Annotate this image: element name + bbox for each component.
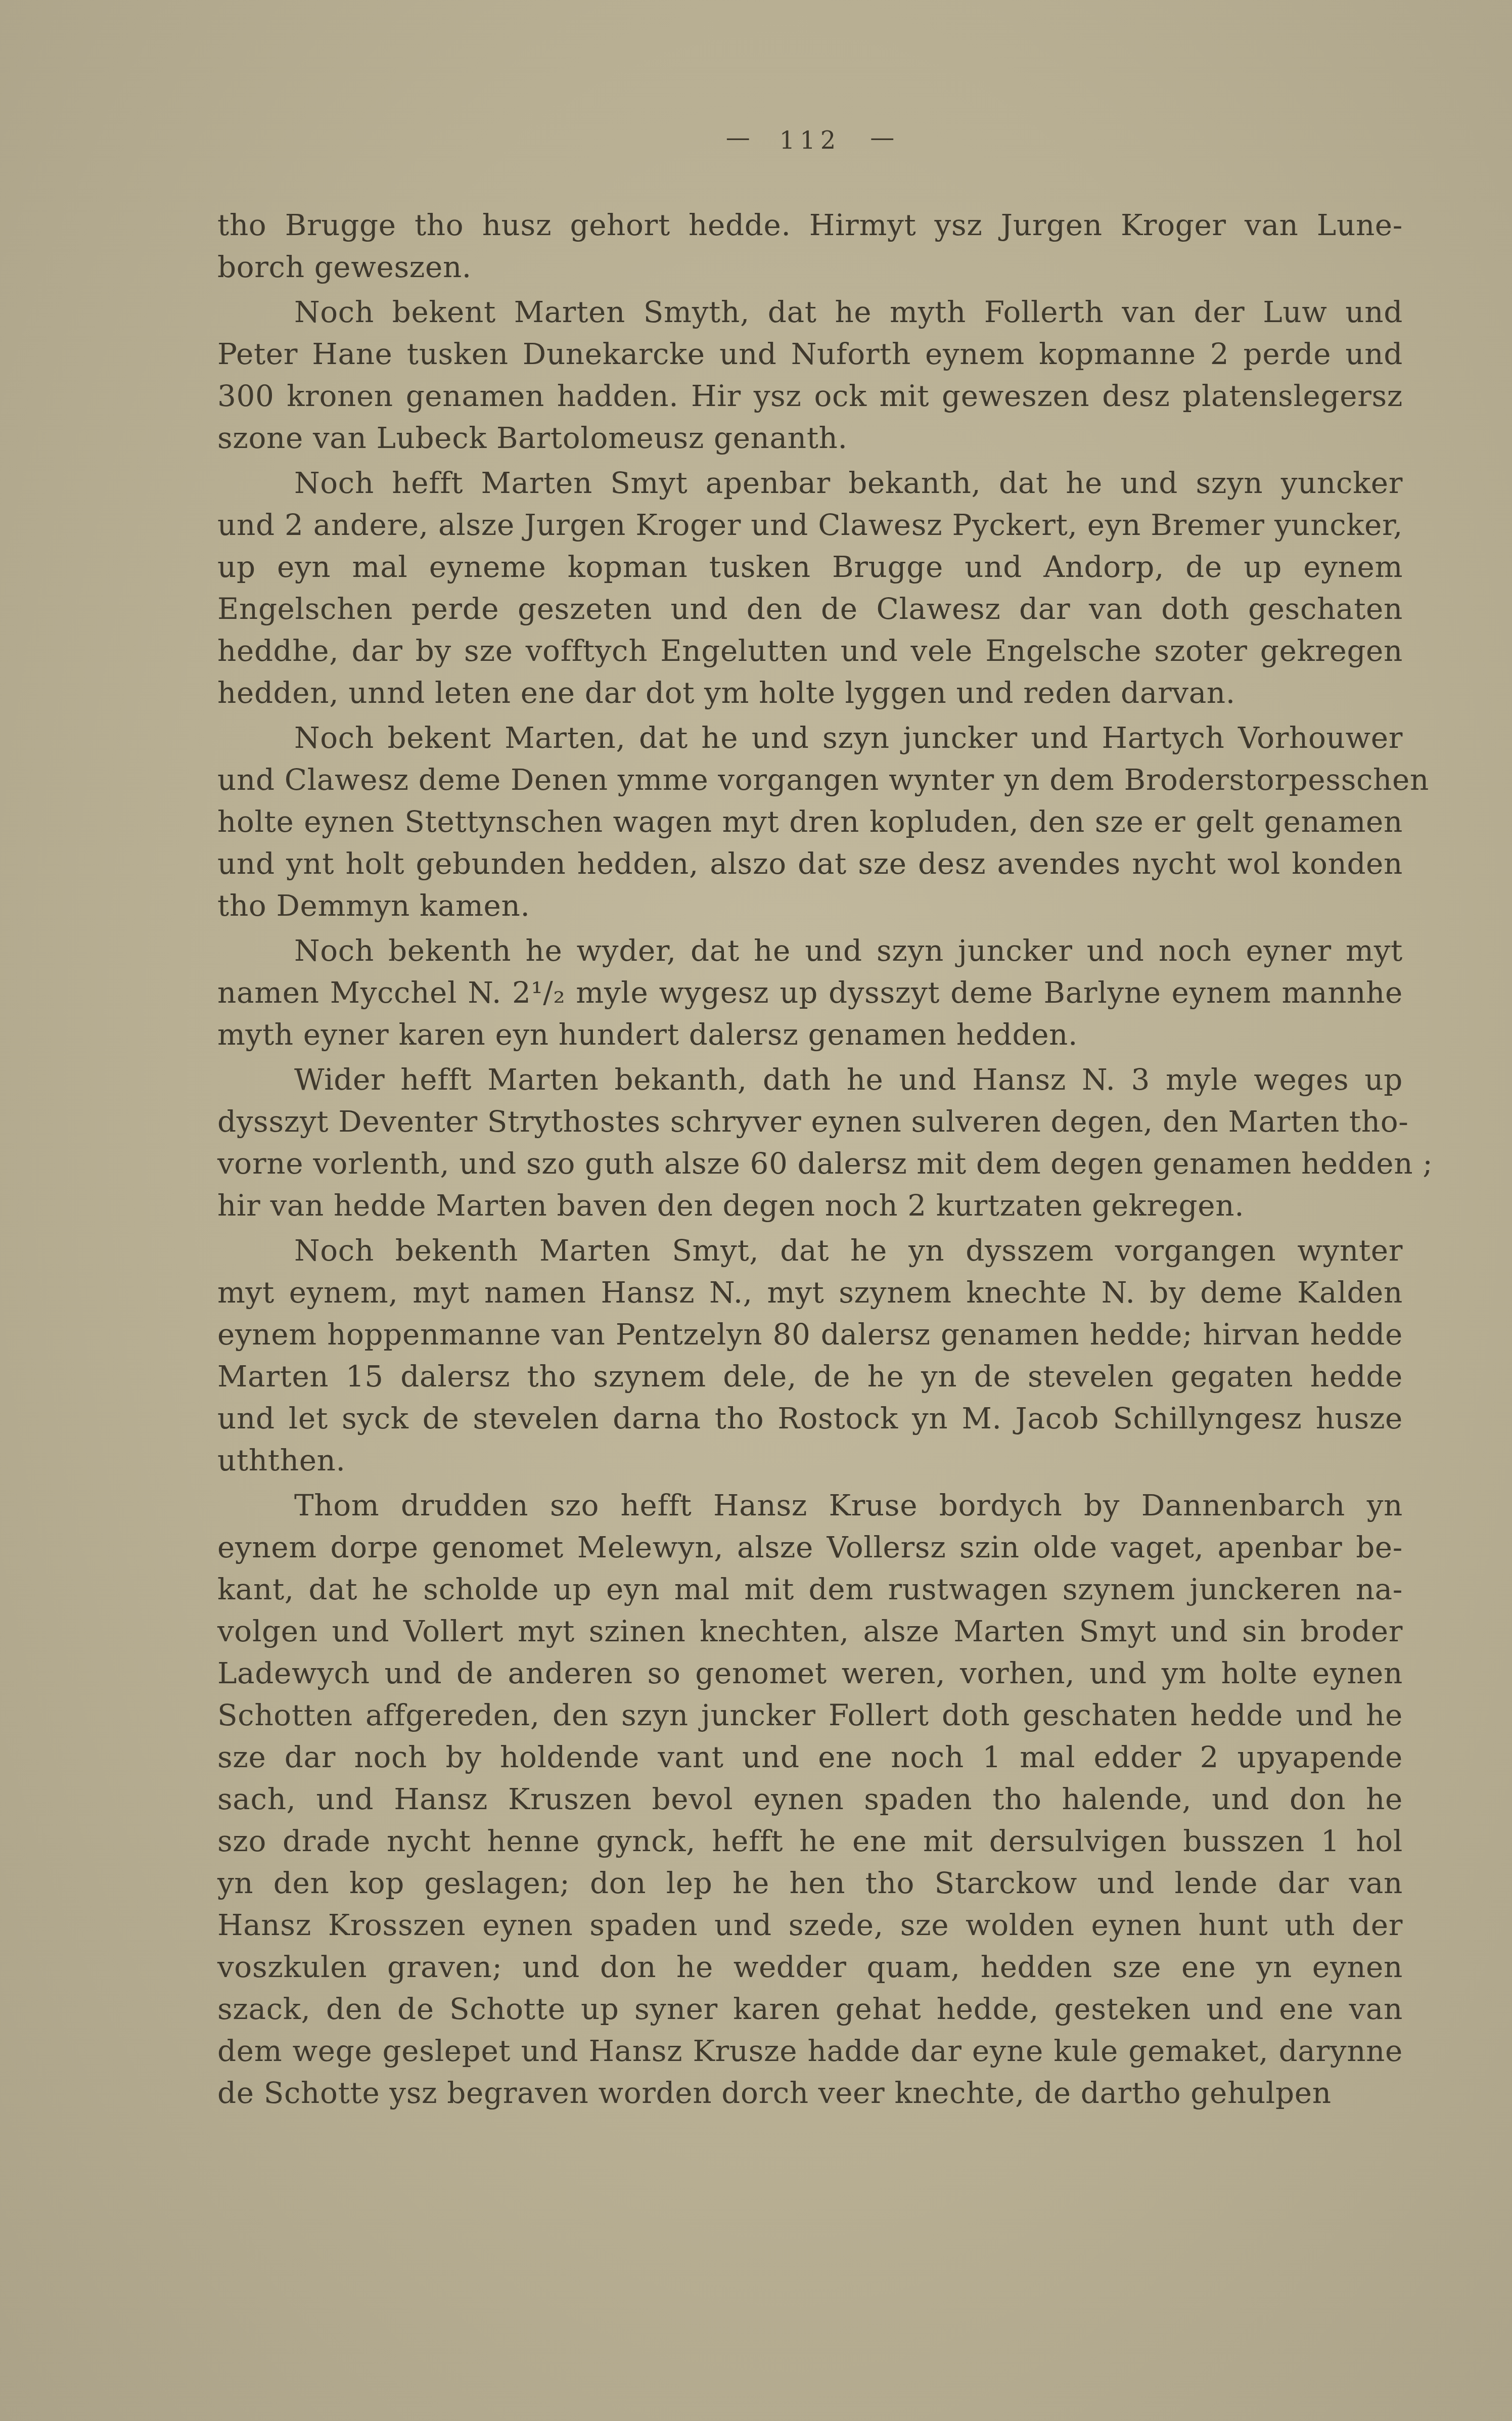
text-line: up eyn mal eyneme kopman tusken Brugge u…: [217, 546, 1403, 588]
header-dash-left: —: [726, 123, 750, 152]
text-line: sze dar noch by holdende vant und ene no…: [217, 1736, 1403, 1778]
paragraph: Noch bekenth he wyder, dat he und szyn j…: [217, 930, 1403, 1056]
text-line: vorne vorlenth, und szo guth alsze 60 da…: [217, 1143, 1403, 1185]
text-line: kant, dat he scholde up eyn mal mit dem …: [217, 1568, 1403, 1610]
text-line: szo drade nycht henne gynck, hefft he en…: [217, 1820, 1403, 1862]
paragraph: Wider hefft Marten bekanth, dath he und …: [217, 1059, 1403, 1227]
text-line: Marten 15 dalersz tho szynem dele, de he…: [217, 1356, 1403, 1398]
header-dash-right: —: [870, 123, 894, 152]
text-line: Noch bekenth Marten Smyt, dat he yn dyss…: [217, 1230, 1403, 1272]
text-line: volgen und Vollert myt szinen knechten, …: [217, 1610, 1403, 1652]
paragraph: Thom drudden szo hefft Hansz Kruse bordy…: [217, 1485, 1403, 2114]
text-line: Noch bekent Marten Smyth, dat he myth Fo…: [217, 291, 1403, 333]
text-line: 300 kronen genamen hadden. Hir ysz ock m…: [217, 375, 1403, 417]
text-line: Noch bekenth he wyder, dat he und szyn j…: [217, 930, 1403, 972]
book-page-scan: —112— tho Brugge tho husz gehort hedde. …: [0, 0, 1512, 2421]
paragraph: tho Brugge tho husz gehort hedde. Hirmyt…: [217, 204, 1403, 288]
text-line: myth eyner karen eyn hundert dalersz gen…: [217, 1014, 1403, 1056]
text-line: dem wege geslepet und Hansz Krusze hadde…: [217, 2030, 1403, 2072]
paragraph: Noch bekent Marten Smyth, dat he myth Fo…: [217, 291, 1403, 459]
text-line: szack, den de Schotte up syner karen geh…: [217, 1988, 1403, 2030]
text-line: eynem dorpe genomet Melewyn, alsze Volle…: [217, 1527, 1403, 1568]
text-line: Schotten affgereden, den szyn juncker Fo…: [217, 1694, 1403, 1736]
text-block: tho Brugge tho husz gehort hedde. Hirmyt…: [217, 204, 1403, 2117]
text-line: voszkulen graven; und don he wedder quam…: [217, 1946, 1403, 1988]
text-line: dysszyt Deventer Strythostes schryver ey…: [217, 1101, 1403, 1143]
text-line: heddhe, dar by sze vofftych Engelutten u…: [217, 630, 1403, 672]
text-line: hir van hedde Marten baven den degen noc…: [217, 1185, 1403, 1227]
text-line: und 2 andere, alsze Jurgen Kroger und Cl…: [217, 504, 1403, 546]
text-line: sach, und Hansz Kruszen bevol eynen spad…: [217, 1778, 1403, 1820]
text-line: myt eynem, myt namen Hansz N., myt szyne…: [217, 1272, 1403, 1314]
text-line: Noch bekent Marten, dat he und szyn junc…: [217, 717, 1403, 759]
text-line: Hansz Krosszen eynen spaden und szede, s…: [217, 1904, 1403, 1946]
paragraph: Noch hefft Marten Smyt apenbar bekanth, …: [217, 462, 1403, 714]
text-line: tho Demmyn kamen.: [217, 885, 1403, 927]
text-line: Ladewych und de anderen so genomet weren…: [217, 1652, 1403, 1694]
text-line: Engelschen perde geszeten und den de Cla…: [217, 588, 1403, 630]
paragraph: Noch bekent Marten, dat he und szyn junc…: [217, 717, 1403, 927]
text-line: Noch hefft Marten Smyt apenbar bekanth, …: [217, 462, 1403, 504]
text-line: Wider hefft Marten bekanth, dath he und …: [217, 1059, 1403, 1101]
text-line: hedden, unnd leten ene dar dot ym holte …: [217, 672, 1403, 714]
paragraph: Noch bekenth Marten Smyt, dat he yn dyss…: [217, 1230, 1403, 1482]
text-line: und ynt holt gebunden hedden, alszo dat …: [217, 843, 1403, 885]
text-line: tho Brugge tho husz gehort hedde. Hirmyt…: [217, 204, 1403, 246]
text-line: namen Mycchel N. 2¹/₂ myle wygesz up dys…: [217, 972, 1403, 1014]
text-line: Peter Hane tusken Dunekarcke und Nuforth…: [217, 333, 1403, 375]
text-line: yn den kop geslagen; don lep he hen tho …: [217, 1862, 1403, 1904]
text-line: borch geweszen.: [217, 246, 1403, 288]
text-line: eynem hoppenmanne van Pentzelyn 80 daler…: [217, 1314, 1403, 1356]
text-line: holte eynen Stettynschen wagen myt dren …: [217, 801, 1403, 843]
text-line: und Clawesz deme Denen ymme vorgangen wy…: [217, 759, 1403, 801]
text-line: uththen.: [217, 1440, 1403, 1482]
text-line: und let syck de stevelen darna tho Rosto…: [217, 1398, 1403, 1440]
page-number: 112: [780, 126, 841, 155]
page-header: —112—: [217, 126, 1403, 155]
text-line: szone van Lubeck Bartolomeusz genanth.: [217, 417, 1403, 459]
text-line: Thom drudden szo hefft Hansz Kruse bordy…: [217, 1485, 1403, 1527]
text-line: de Schotte ysz begraven worden dorch vee…: [217, 2072, 1403, 2114]
